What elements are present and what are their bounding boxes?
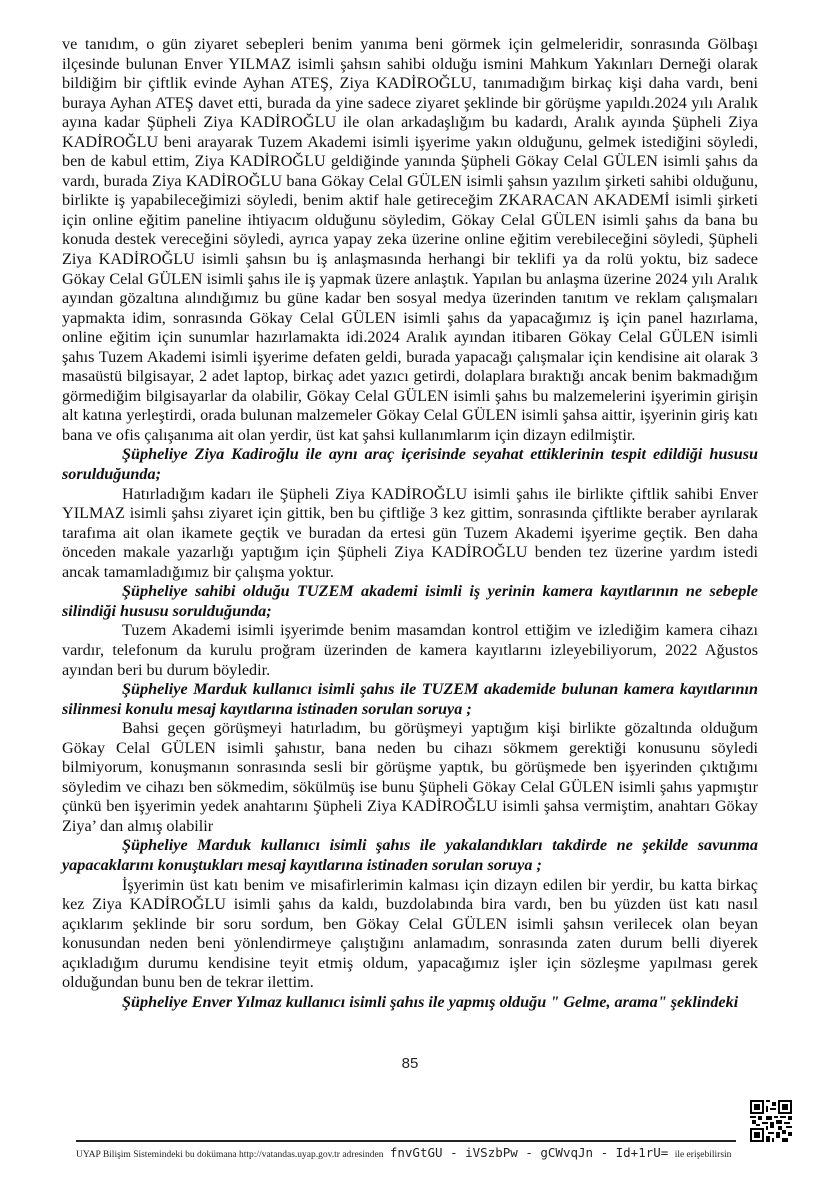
- paragraph-question: Şüpheliye Ziya Kadiroğlu ile aynı araç i…: [62, 445, 758, 484]
- paragraph-body: Bahsi geçen görüşmeyi hatırladım, bu gör…: [62, 719, 758, 836]
- document-page: ve tanıdım, o gün ziyaret sebepleri beni…: [62, 35, 758, 1012]
- page-number: 85: [0, 1055, 820, 1072]
- verification-code: fnvGtGU - iVSzbPw - gCWvqJn - Id+1rU=: [390, 1145, 668, 1160]
- qr-code-icon: [750, 1100, 792, 1142]
- paragraph-body: ve tanıdım, o gün ziyaret sebepleri beni…: [62, 35, 758, 445]
- paragraph-question: Şüpheliye Enver Yılmaz kullanıcı isimli …: [62, 993, 758, 1013]
- footer-suffix: ile erişebilirsin: [675, 1150, 732, 1160]
- footer-divider: [76, 1140, 736, 1142]
- paragraph-body: Tuzem Akademi isimli işyerimde benim mas…: [62, 621, 758, 680]
- footer-verification: UYAP Bilişim Sistemindeki bu dokümana ht…: [76, 1145, 776, 1160]
- paragraph-question: Şüpheliye Marduk kullanıcı isimli şahıs …: [62, 680, 758, 719]
- paragraph-question: Şüpheliye Marduk kullanıcı isimli şahıs …: [62, 836, 758, 875]
- paragraph-body: Hatırladığım kadarı ile Şüpheli Ziya KAD…: [62, 485, 758, 583]
- paragraph-question: Şüpheliye sahibi olduğu TUZEM akademi is…: [62, 582, 758, 621]
- paragraph-body: İşyerimin üst katı benim ve misafirlerim…: [62, 876, 758, 993]
- footer-prefix: UYAP Bilişim Sistemindeki bu dokümana ht…: [76, 1150, 383, 1160]
